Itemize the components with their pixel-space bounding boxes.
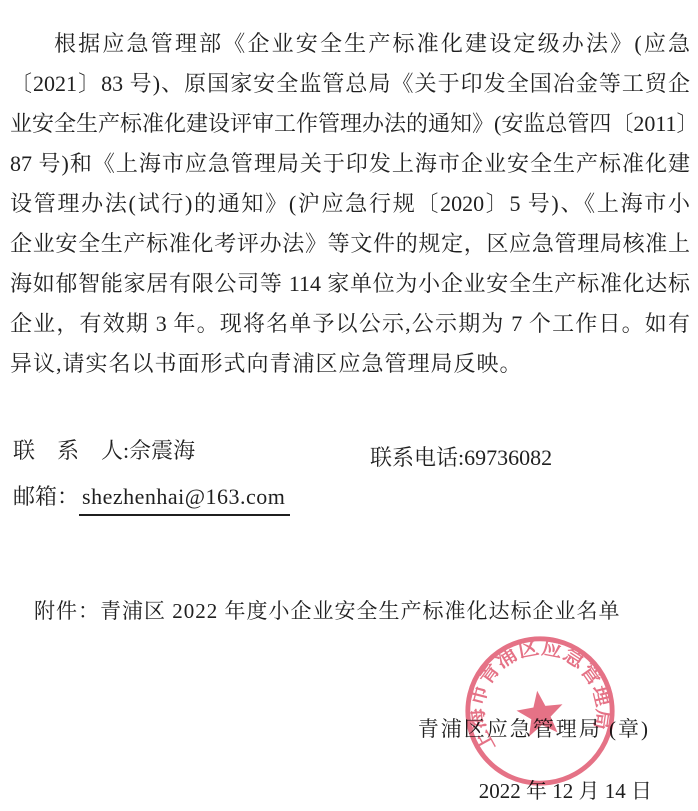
body-line: 根据应急管理部《企业安全生产标准化建设定级办法》(应急 bbox=[10, 24, 690, 64]
contact-person: 联 系 人:佘震海 bbox=[13, 436, 370, 466]
body-paragraph: 根据应急管理部《企业安全生产标准化建设定级办法》(应急 〔2021〕83 号)、… bbox=[0, 0, 698, 384]
contact-person-label: 联 系 人: bbox=[13, 438, 129, 463]
body-line: 〔2021〕83 号)、原国家安全监管总局《关于印发全国冶金等工贸企 bbox=[10, 64, 690, 104]
official-seal: 上海市青浦区应急管理局 bbox=[452, 623, 628, 799]
body-line: 海如郁智能家居有限公司等 114 家单位为小企业安全生产标准化达标 bbox=[10, 264, 690, 304]
body-line: 企业安全生产标准化考评办法》等文件的规定，区应急管理局核准上 bbox=[10, 224, 690, 264]
body-line: 企业，有效期 3 年。现将名单予以公示,公示期为 7 个工作日。如有 bbox=[10, 304, 690, 344]
seal-ring bbox=[459, 630, 622, 793]
email-label: 邮箱： bbox=[13, 484, 79, 509]
contact-row: 联 系 人:佘震海 联系电话:69736082 bbox=[0, 436, 698, 466]
attachment-title: 青浦区 2022 年度小企业安全生产标准化达标企业名单 bbox=[100, 599, 621, 623]
contact-phone-label: 联系电话: bbox=[370, 445, 464, 470]
date-line: 2022 年 12 月 14 日 bbox=[0, 776, 698, 806]
email-address: shezhenhai@163.com bbox=[79, 482, 290, 516]
body-line: 87 号)和《上海市应急管理局关于印发上海市企业安全生产标准化建 bbox=[10, 144, 690, 184]
signature-line: 青浦区应急管理局 (章) bbox=[0, 714, 698, 744]
email-row: 邮箱：shezhenhai@163.com bbox=[0, 482, 698, 516]
document-page: 根据应急管理部《企业安全生产标准化建设定级办法》(应急 〔2021〕83 号)、… bbox=[0, 0, 698, 811]
contact-person-name: 佘震海 bbox=[129, 438, 195, 463]
contact-phone-number: 69736082 bbox=[464, 445, 552, 470]
body-line: 业安全生产标准化建设评审工作管理办法的通知》(安监总管四〔2011〕 bbox=[10, 104, 690, 144]
body-line: 异议,请实名以书面形式向青浦区应急管理局反映。 bbox=[10, 344, 690, 384]
attachment-line: 附件：青浦区 2022 年度小企业安全生产标准化达标企业名单 bbox=[0, 596, 698, 626]
contact-phone: 联系电话:69736082 bbox=[370, 443, 552, 473]
attachment-label: 附件： bbox=[34, 599, 100, 623]
body-line: 设管理办法(试行)的通知》(沪应急行规〔2020〕5 号)、《上海市小 bbox=[10, 184, 690, 224]
